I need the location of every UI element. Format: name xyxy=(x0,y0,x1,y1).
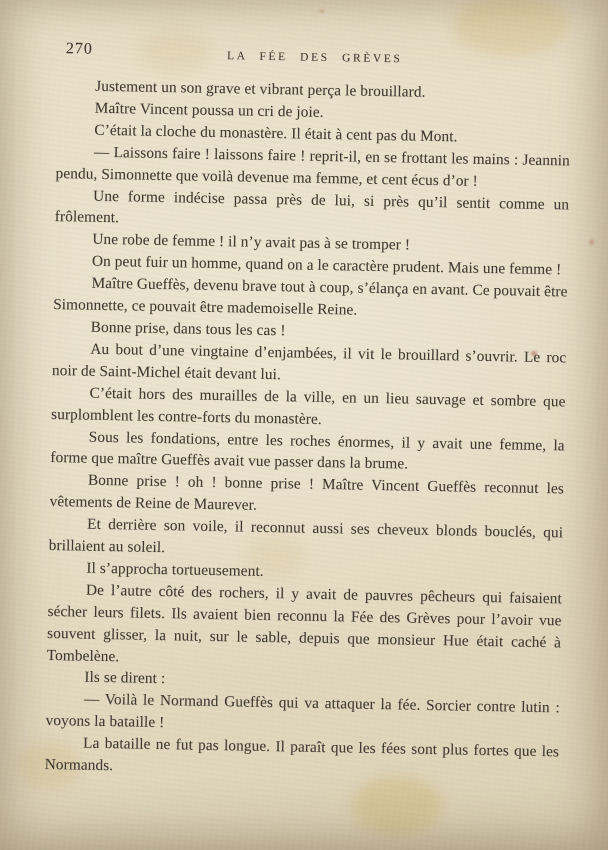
paper-stain xyxy=(352,776,442,834)
page-header: 270 LA FÉE DES GRÈVES xyxy=(58,40,572,75)
paper-speck xyxy=(589,239,594,245)
paragraph: De l’autre côté des rochers, il y avait … xyxy=(47,579,563,676)
paper-speck xyxy=(320,9,324,13)
running-title: LA FÉE DES GRÈVES xyxy=(58,47,572,68)
paragraph: La bataille ne fut pas longue. Il paraît… xyxy=(45,732,560,785)
page-content: 270 LA FÉE DES GRÈVES Justement un son g… xyxy=(45,40,572,785)
text-block: Justement un son grave et vibrant perça … xyxy=(45,75,572,785)
book-page: 270 LA FÉE DES GRÈVES Justement un son g… xyxy=(0,0,608,850)
